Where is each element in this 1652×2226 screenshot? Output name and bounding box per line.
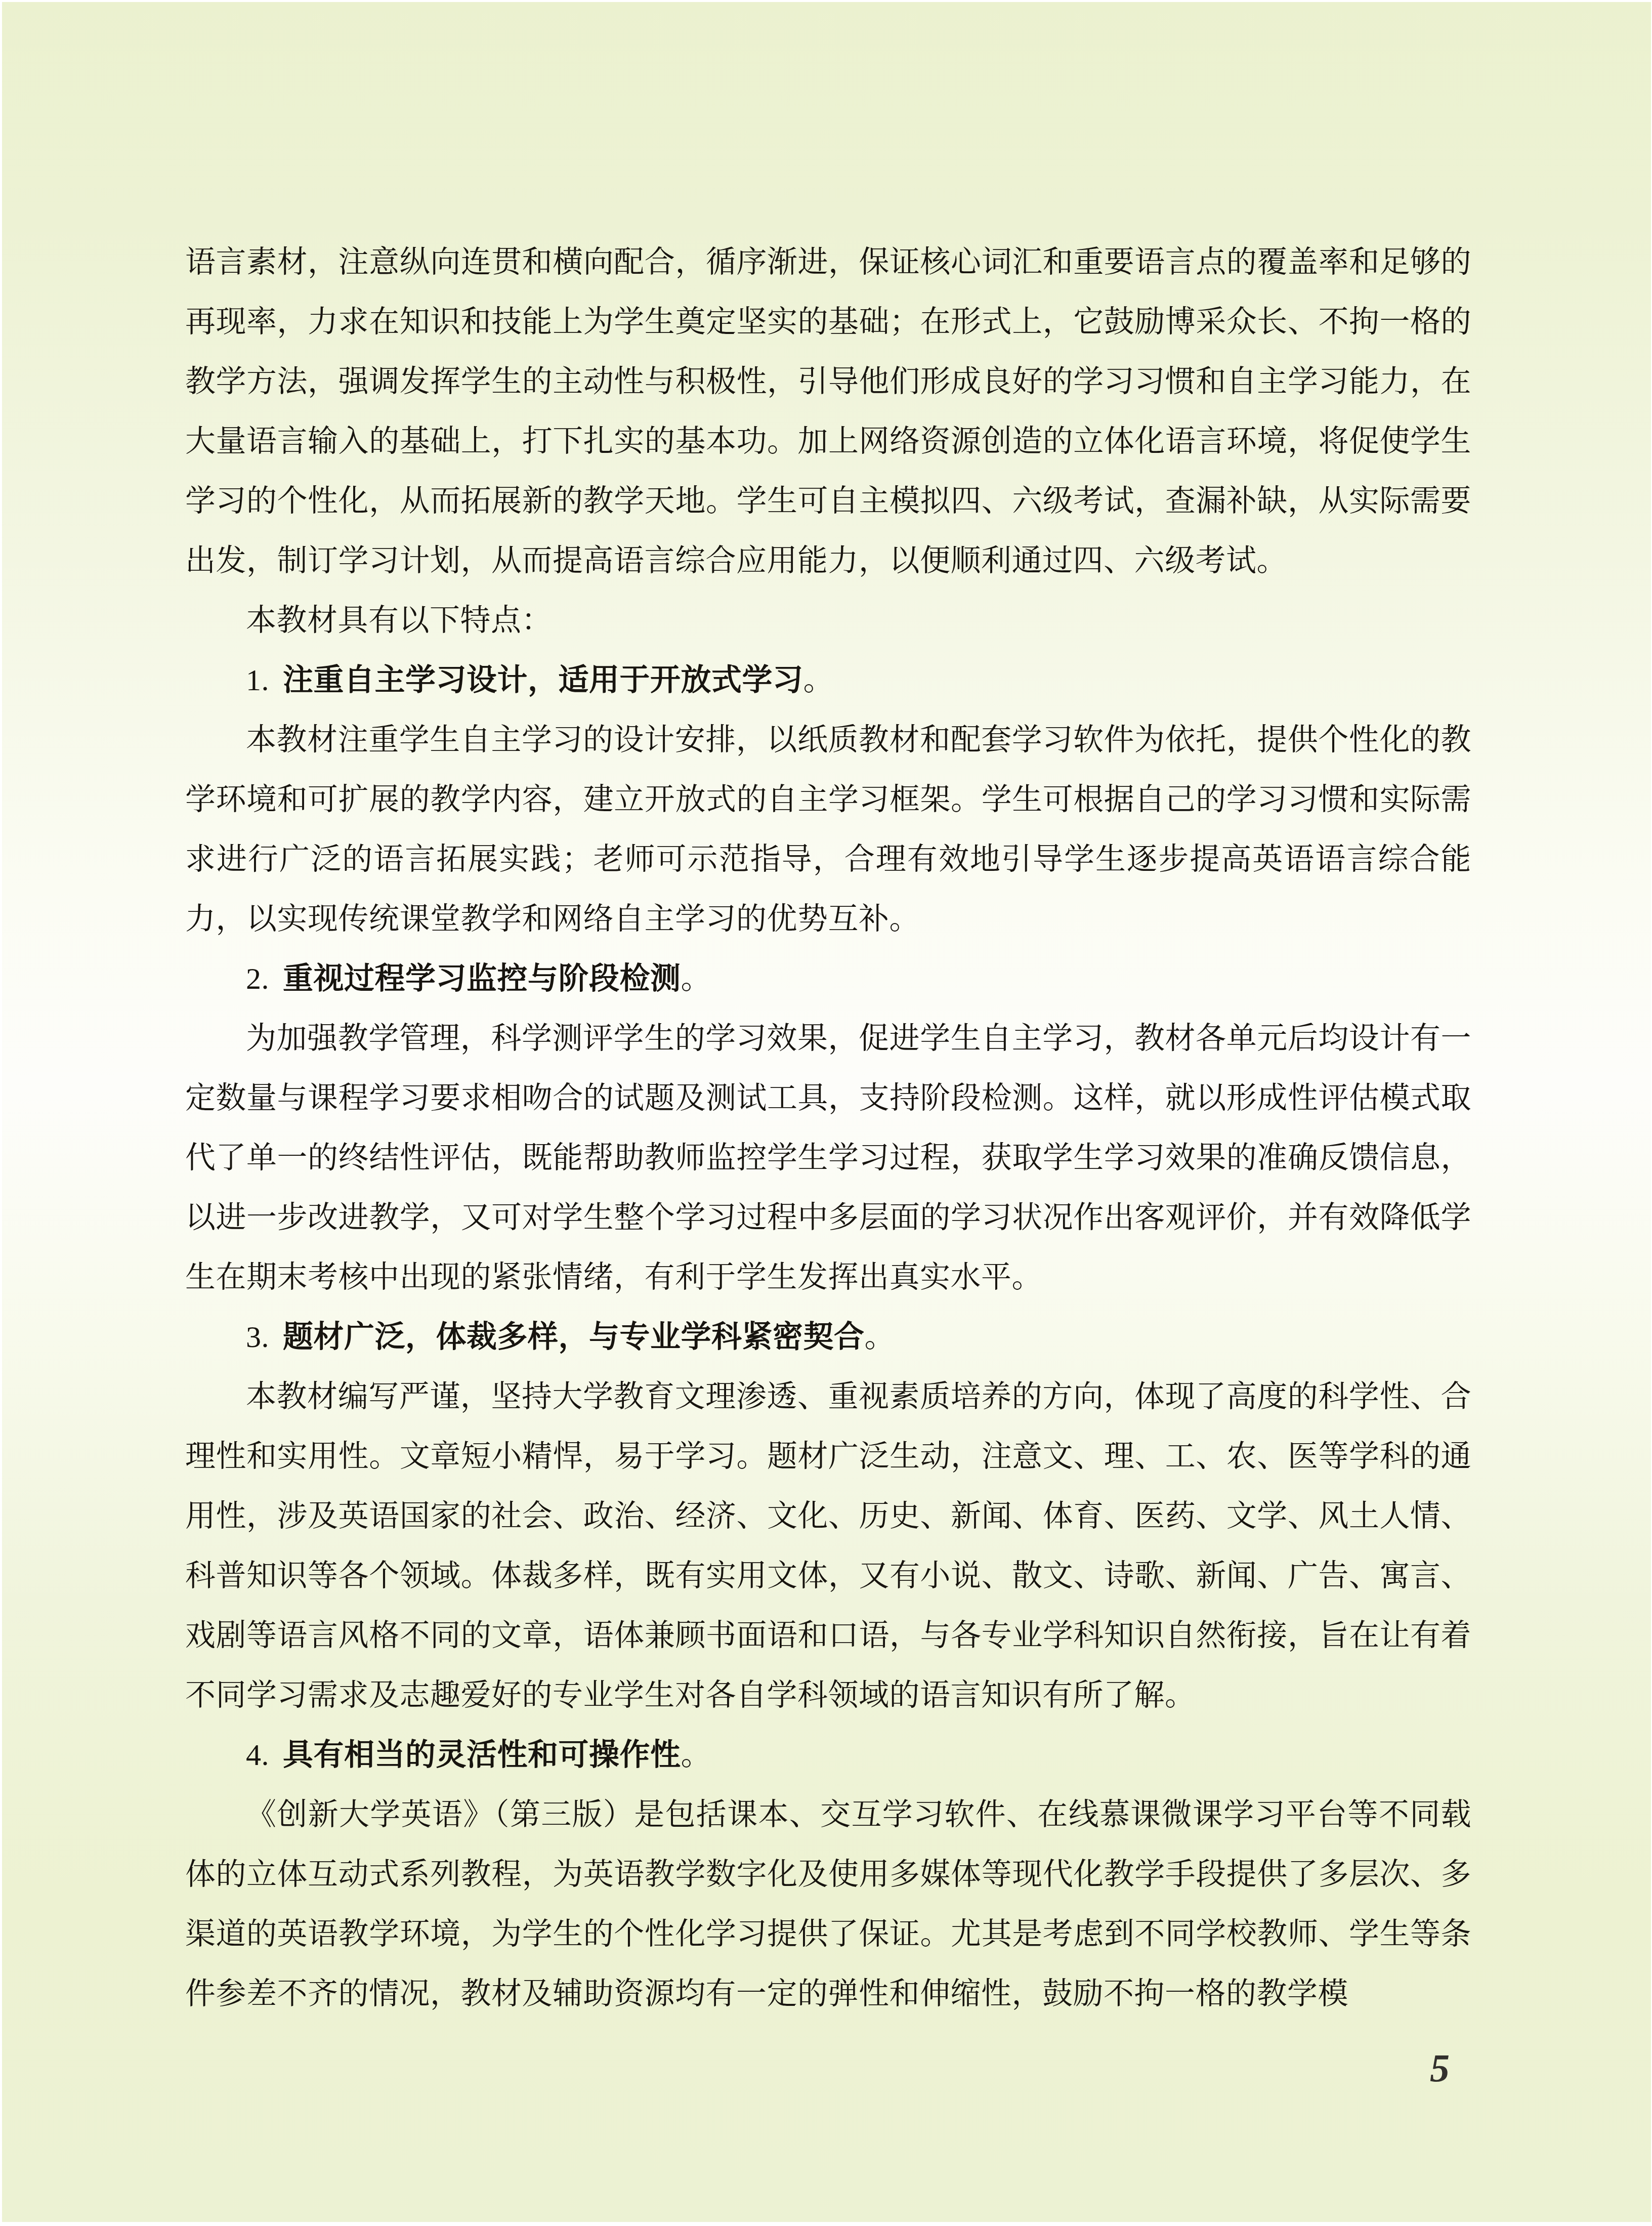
feature-heading-3-period: 。: [865, 1320, 896, 1354]
feature-heading-1-period: 。: [803, 663, 834, 697]
page-number: 5: [1430, 2045, 1450, 2091]
feature-heading-1: 1.注重自主学习设计，适用于开放式学习。: [185, 650, 1471, 710]
feature-heading-2-title: 重视过程学习监控与阶段检测: [283, 962, 681, 995]
paragraph-continued-from-previous-page: 语言素材，注意纵向连贯和横向配合，循序渐进，保证核心词汇和重要语言点的覆盖率和足…: [185, 232, 1471, 591]
feature-heading-3: 3.题材广泛，体裁多样，与专业学科紧密契合。: [185, 1307, 1471, 1367]
feature-heading-4-number: 4.: [246, 1738, 269, 1772]
paragraph-feature-1: 本教材注重学生自主学习的设计安排，以纸质教材和配套学习软件为依托，提供个性化的教…: [185, 710, 1471, 949]
feature-heading-2-period: 。: [681, 962, 712, 995]
feature-heading-3-title: 题材广泛，体裁多样，与专业学科紧密契合: [283, 1320, 865, 1354]
paragraph-feature-4: 《创新大学英语》（第三版）是包括课本、交互学习软件、在线慕课微课学习平台等不同载…: [185, 1785, 1471, 2024]
feature-heading-1-number: 1.: [246, 663, 269, 697]
page-content: 语言素材，注意纵向连贯和横向配合，循序渐进，保证核心词汇和重要语言点的覆盖率和足…: [185, 232, 1471, 2024]
feature-heading-2-number: 2.: [246, 962, 269, 995]
feature-heading-4-title: 具有相当的灵活性和可操作性: [283, 1738, 681, 1772]
feature-heading-4: 4.具有相当的灵活性和可操作性。: [185, 1725, 1471, 1785]
paragraph-feature-2: 为加强教学管理，科学测评学生的学习效果，促进学生自主学习，教材各单元后均设计有一…: [185, 1009, 1471, 1307]
feature-heading-1-title: 注重自主学习设计，适用于开放式学习: [283, 663, 803, 697]
feature-heading-3-number: 3.: [246, 1320, 269, 1354]
feature-heading-4-period: 。: [681, 1738, 712, 1772]
paragraph-feature-3: 本教材编写严谨，坚持大学教育文理渗透、重视素质培养的方向，体现了高度的科学性、合…: [185, 1367, 1471, 1725]
paragraph-features-intro: 本教材具有以下特点：: [185, 591, 1471, 650]
feature-heading-2: 2.重视过程学习监控与阶段检测。: [185, 949, 1471, 1009]
document-page: 语言素材，注意纵向连贯和横向配合，循序渐进，保证核心词汇和重要语言点的覆盖率和足…: [0, 0, 1652, 2226]
